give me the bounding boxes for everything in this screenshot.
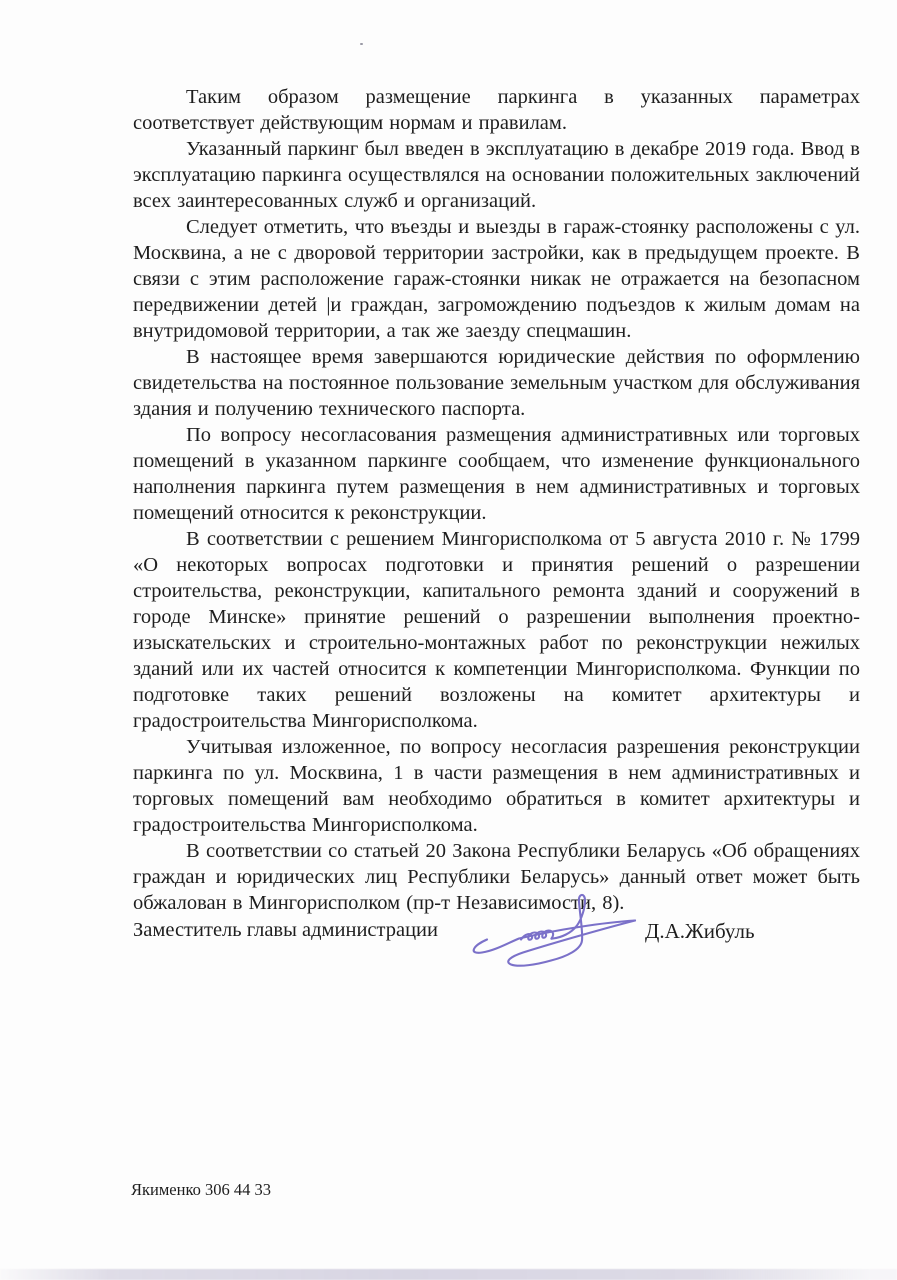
signatory-name: Д.А.Жибуль: [645, 919, 755, 944]
signature-block: Заместитель главы администрации Д.А.Жибу…: [133, 905, 860, 995]
letter-paragraph: Таким образом размещение паркинга в указ…: [133, 84, 860, 136]
letter-paragraph: Следует отметить, что въезды и выезды в …: [133, 214, 860, 344]
letter-paragraph: В настоящее время завершаются юридически…: [133, 344, 860, 422]
letter-paragraph: В соответствии с решением Мингорисполком…: [133, 526, 860, 734]
letter-paragraph: По вопросу несогласования размещения адм…: [133, 422, 860, 526]
letter-body: Таким образом размещение паркинга в указ…: [133, 84, 860, 916]
scan-speck-artifact: [360, 43, 363, 45]
executor-footer: Якименко 306 44 33: [131, 1180, 271, 1200]
letter-paragraph: Учитывая изложенное, по вопросу несоглас…: [133, 734, 860, 838]
signature-stroke-main: [508, 895, 635, 966]
signature-stroke-top: [474, 921, 635, 953]
scan-edge-artifact: [0, 1269, 897, 1280]
letter-paragraph: Указанный паркинг был введен в эксплуата…: [133, 136, 860, 214]
handwritten-signature: [463, 885, 663, 980]
scanned-letter-page: Таким образом размещение паркинга в указ…: [0, 0, 897, 1280]
signatory-role-label: Заместитель главы администрации: [133, 919, 438, 942]
